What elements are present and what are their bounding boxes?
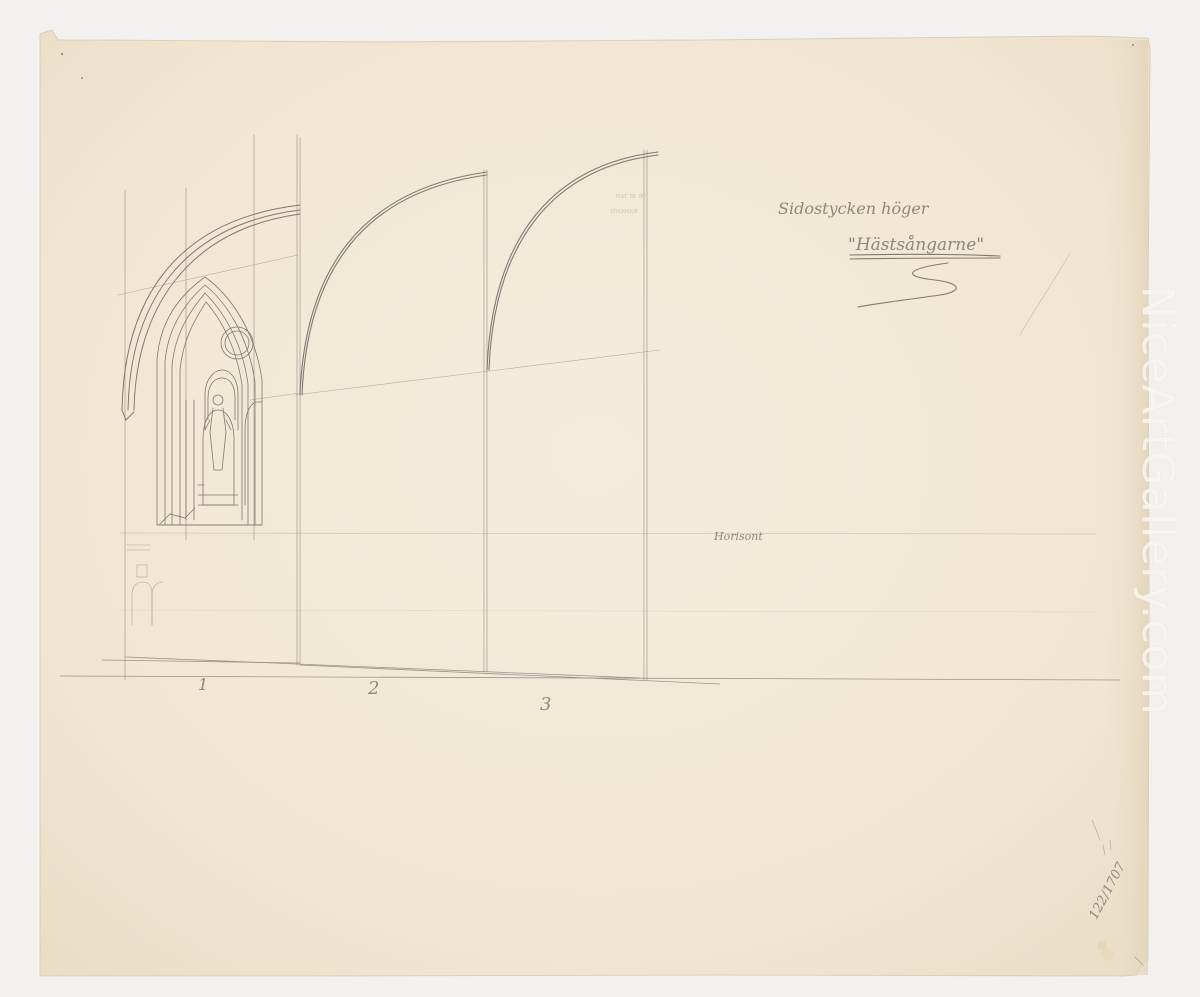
artwork-viewer: TEAT ER MUS STOCKHOLM Sidostycken höger … <box>0 0 1200 997</box>
section-number-3: 3 <box>540 694 551 715</box>
stamp-line-1: TEAT ER MUS <box>615 194 648 200</box>
section-number-2: 2 <box>367 678 379 699</box>
annotation-title-line1: Sidostycken höger <box>778 199 930 218</box>
annotation-title-line2: "Hästsångarne" <box>848 235 984 255</box>
section-number-1: 1 <box>198 675 208 694</box>
drawing-sheet: TEAT ER MUS STOCKHOLM Sidostycken höger … <box>0 0 1200 997</box>
stamp-line-2: STOCKHOLM <box>610 209 637 215</box>
annotation-horizon: Horisont <box>713 530 763 543</box>
